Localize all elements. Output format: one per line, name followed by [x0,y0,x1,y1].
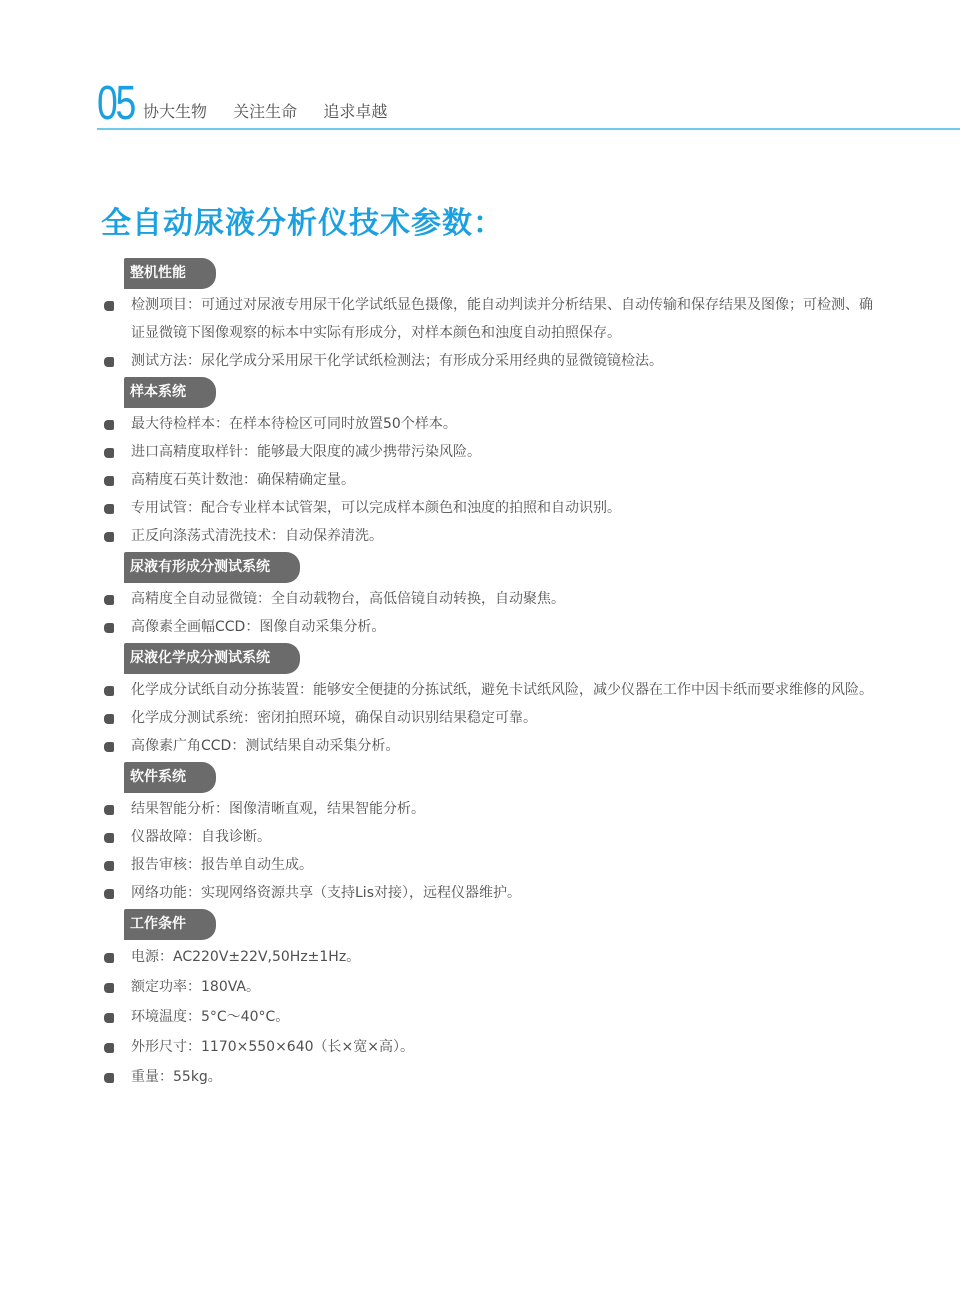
bullet-icon [104,1073,114,1083]
bullet-icon [104,805,114,815]
list-item: 高精度石英计数池：确保精确定量。 [104,466,884,494]
list-item: 化学成分试纸自动分拣装置：能够安全便捷的分拣试纸，避免卡试纸风险，减少仪器在工作… [104,676,884,704]
list-item: 最大待检样本：在样本待检区可同时放置50个样本。 [104,410,884,438]
section-software-system: 软件系统 结果智能分析：图像清晰直观，结果智能分析。 仪器故障：自我诊断。 报告… [104,762,884,907]
list-item: 测试方法：尿化学成分采用尿干化学试纸检测法；有形成分采用经典的显微镜镜检法。 [104,347,884,375]
bullet-icon [104,420,114,430]
list-item: 结果智能分析：图像清晰直观，结果智能分析。 [104,795,884,823]
list-item: 专用试管：配合专业样本试管架，可以完成样本颜色和浊度的拍照和自动识别。 [104,494,884,522]
bullet-icon [104,742,114,752]
list-item: 高像素全画幅CCD：图像自动采集分析。 [104,613,884,641]
bullet-icon [104,1043,114,1053]
section-tag: 整机性能 [124,258,216,289]
list-item: 环境温度：5°C～40°C。 [104,1002,884,1032]
bullet-icon [104,301,114,311]
bullet-icon [104,504,114,514]
bullet-icon [104,595,114,605]
list-item: 外形尺寸：1170×550×640（长×宽×高）。 [104,1032,884,1062]
list-item: 重量：55kg。 [104,1062,884,1092]
bullet-icon [104,686,114,696]
list-item: 报告审核：报告单自动生成。 [104,851,884,879]
bullet-icon [104,532,114,542]
section-tag: 尿液有形成分测试系统 [124,552,300,583]
bullet-icon [104,861,114,871]
list-item: 高像素广角CCD：测试结果自动采集分析。 [104,732,884,760]
list-item: 高精度全自动显微镜：全自动载物台，高低倍镜自动转换，自动聚焦。 [104,585,884,613]
list-item: 检测项目：可通过对尿液专用尿干化学试纸显色摄像，能自动判读并分析结果、自动传输和… [104,291,884,347]
bullet-icon [104,833,114,843]
bullet-icon [104,889,114,899]
page-title: 全自动尿液分析仪技术参数： [101,198,504,242]
list-item: 仪器故障：自我诊断。 [104,823,884,851]
page-header: 05 协大生物 关注生命 追求卓越 [97,76,387,128]
bullet-icon [104,476,114,486]
list-item: 化学成分测试系统：密闭拍照环境，确保自动识别结果稳定可靠。 [104,704,884,732]
section-tag: 尿液化学成分测试系统 [124,643,300,674]
bullet-icon [104,448,114,458]
bullet-icon [104,983,114,993]
section-formed-element-system: 尿液有形成分测试系统 高精度全自动显微镜：全自动载物台，高低倍镜自动转换，自动聚… [104,552,884,641]
list-item: 进口高精度取样针：能够最大限度的减少携带污染风险。 [104,438,884,466]
header-divider [97,128,960,130]
list-item: 电源：AC220V±22V,50Hz±1Hz。 [104,942,884,972]
section-working-conditions: 工作条件 电源：AC220V±22V,50Hz±1Hz。 额定功率：180VA。… [104,909,884,1092]
section-tag: 工作条件 [124,909,216,940]
section-chemistry-system: 尿液化学成分测试系统 化学成分试纸自动分拣装置：能够安全便捷的分拣试纸，避免卡试… [104,643,884,760]
bullet-icon [104,623,114,633]
spec-content: 整机性能 检测项目：可通过对尿液专用尿干化学试纸显色摄像，能自动判读并分析结果、… [104,258,884,1094]
list-item: 正反向涤荡式清洗技术：自动保养清洗。 [104,522,884,550]
bullet-icon [104,714,114,724]
slogan: 协大生物 关注生命 追求卓越 [143,99,387,122]
section-tag: 样本系统 [124,377,216,408]
section-tag: 软件系统 [124,762,216,793]
page-number: 05 [97,80,133,128]
list-item: 额定功率：180VA。 [104,972,884,1002]
section-overall-performance: 整机性能 检测项目：可通过对尿液专用尿干化学试纸显色摄像，能自动判读并分析结果、… [104,258,884,375]
bullet-icon [104,1013,114,1023]
bullet-icon [104,953,114,963]
section-sample-system: 样本系统 最大待检样本：在样本待检区可同时放置50个样本。 进口高精度取样针：能… [104,377,884,550]
list-item: 网络功能：实现网络资源共享（支持Lis对接），远程仪器维护。 [104,879,884,907]
bullet-icon [104,357,114,367]
